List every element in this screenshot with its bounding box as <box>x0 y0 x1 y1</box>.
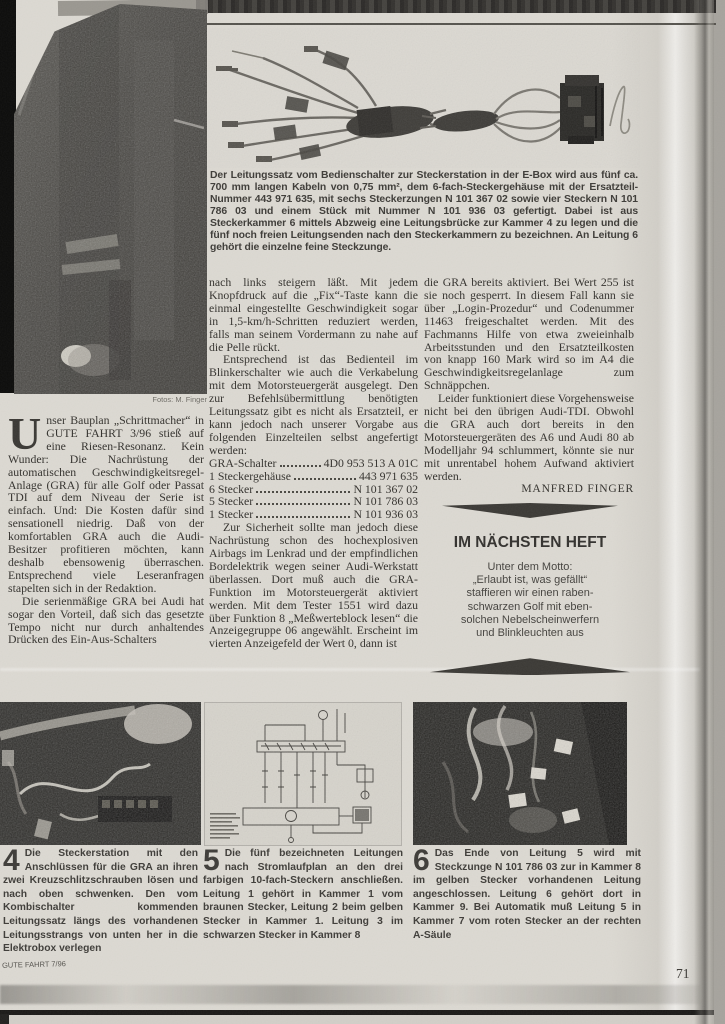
scan-top-band <box>196 0 716 13</box>
caption-5: 5Die fünf bezeichneten Leitungen nach St… <box>203 847 403 942</box>
article-column-1: Unser Bauplan „Schrittmacher“ in GUTE FA… <box>8 414 204 646</box>
dot-leader <box>256 503 350 505</box>
parts-list-row: 1 Steckergehäuse443 971 635 <box>209 470 418 483</box>
wiring-diagram-image <box>205 703 401 845</box>
next-issue-box: IM NÄCHSTEN HEFT Unter dem Motto: „Erlau… <box>424 503 636 675</box>
next-issue-line: solchen Nebelscheinwerfern <box>424 614 636 627</box>
photo-wiring-harness <box>208 28 640 168</box>
wiring-diagram <box>205 703 401 845</box>
next-issue-line: staffieren wir einen raben- <box>424 587 636 600</box>
scan-corner-mark <box>0 1014 9 1024</box>
paragraph: nach links steigern läßt. Mit jedem Knop… <box>209 276 418 353</box>
magazine-footer: GUTE FAHRT 7/96 <box>2 959 66 970</box>
dot-leader <box>256 516 350 518</box>
photo-stecker-station <box>0 702 201 845</box>
scanned-magazine-page: Fotos: M. Finger <box>0 0 725 1024</box>
author-byline: MANFRED FINGER <box>424 483 634 496</box>
next-issue-line: und Blinkleuchten aus <box>424 627 636 640</box>
next-issue-line: Unter dem Motto: <box>424 561 636 574</box>
photo-wiring-harness-image <box>208 28 640 168</box>
page-right-edge <box>694 0 714 1024</box>
article-column-2: nach links steigern läßt. Mit jedem Knop… <box>209 276 418 650</box>
photo-steering-column-image <box>14 0 207 394</box>
scanner-black-edge <box>0 0 16 393</box>
arrow-down-icon <box>442 503 618 518</box>
scan-smudge-band <box>0 985 700 1004</box>
page-top-rule <box>205 23 716 25</box>
caption-number: 4 <box>3 847 25 873</box>
next-issue-line: schwarzen Golf mit eben- <box>424 601 636 614</box>
paragraph: Entsprechend ist das Bedienteil im Blink… <box>209 353 418 456</box>
paragraph: Leider funktioniert diese Vorgehensweise… <box>424 392 634 482</box>
caption-4: 4Die Steckerstation mit den Anschlüssen … <box>3 847 198 956</box>
caption-number: 5 <box>203 847 225 873</box>
next-issue-title: IM NÄCHSTEN HEFT <box>424 534 636 552</box>
photo-credit: Fotos: M. Finger <box>60 395 207 404</box>
intro-paragraph: Der Leitungssatz vom Bedienschalter zur … <box>210 170 638 254</box>
dot-leader <box>280 465 321 467</box>
dot-leader <box>294 478 356 480</box>
caption-6: 6Das Ende von Leitung 5 wird mit Steckzu… <box>413 847 641 942</box>
dot-leader <box>256 491 350 493</box>
arrow-up-icon <box>430 658 630 675</box>
drop-cap: U <box>8 414 46 452</box>
scan-bottom-strip <box>0 1015 714 1024</box>
page-number: 71 <box>676 966 690 982</box>
caption-number: 6 <box>413 847 435 873</box>
parts-list: GRA-Schalter4D0 953 513 A 01C 1 Steckerg… <box>209 457 418 522</box>
paragraph: Unser Bauplan „Schrittmacher“ in GUTE FA… <box>8 414 204 595</box>
article-column-3: die GRA bereits aktiviert. Bei Wert 255 … <box>424 276 634 495</box>
photo-stecker-station-image <box>0 702 201 845</box>
parts-list-row: GRA-Schalter4D0 953 513 A 01C <box>209 457 418 470</box>
photo-cable-connections-image <box>413 702 627 845</box>
photo-steering-column <box>14 0 207 394</box>
paragraph: Die serienmäßige GRA bei Audi hat sogar … <box>8 595 204 647</box>
next-issue-line: „Erlaubt ist, was gefällt“ <box>424 574 636 587</box>
photo-cable-connections <box>413 702 627 845</box>
paragraph: Zur Sicherheit sollte man jedoch diese N… <box>209 521 418 650</box>
paragraph: die GRA bereits aktiviert. Bei Wert 255 … <box>424 276 634 392</box>
